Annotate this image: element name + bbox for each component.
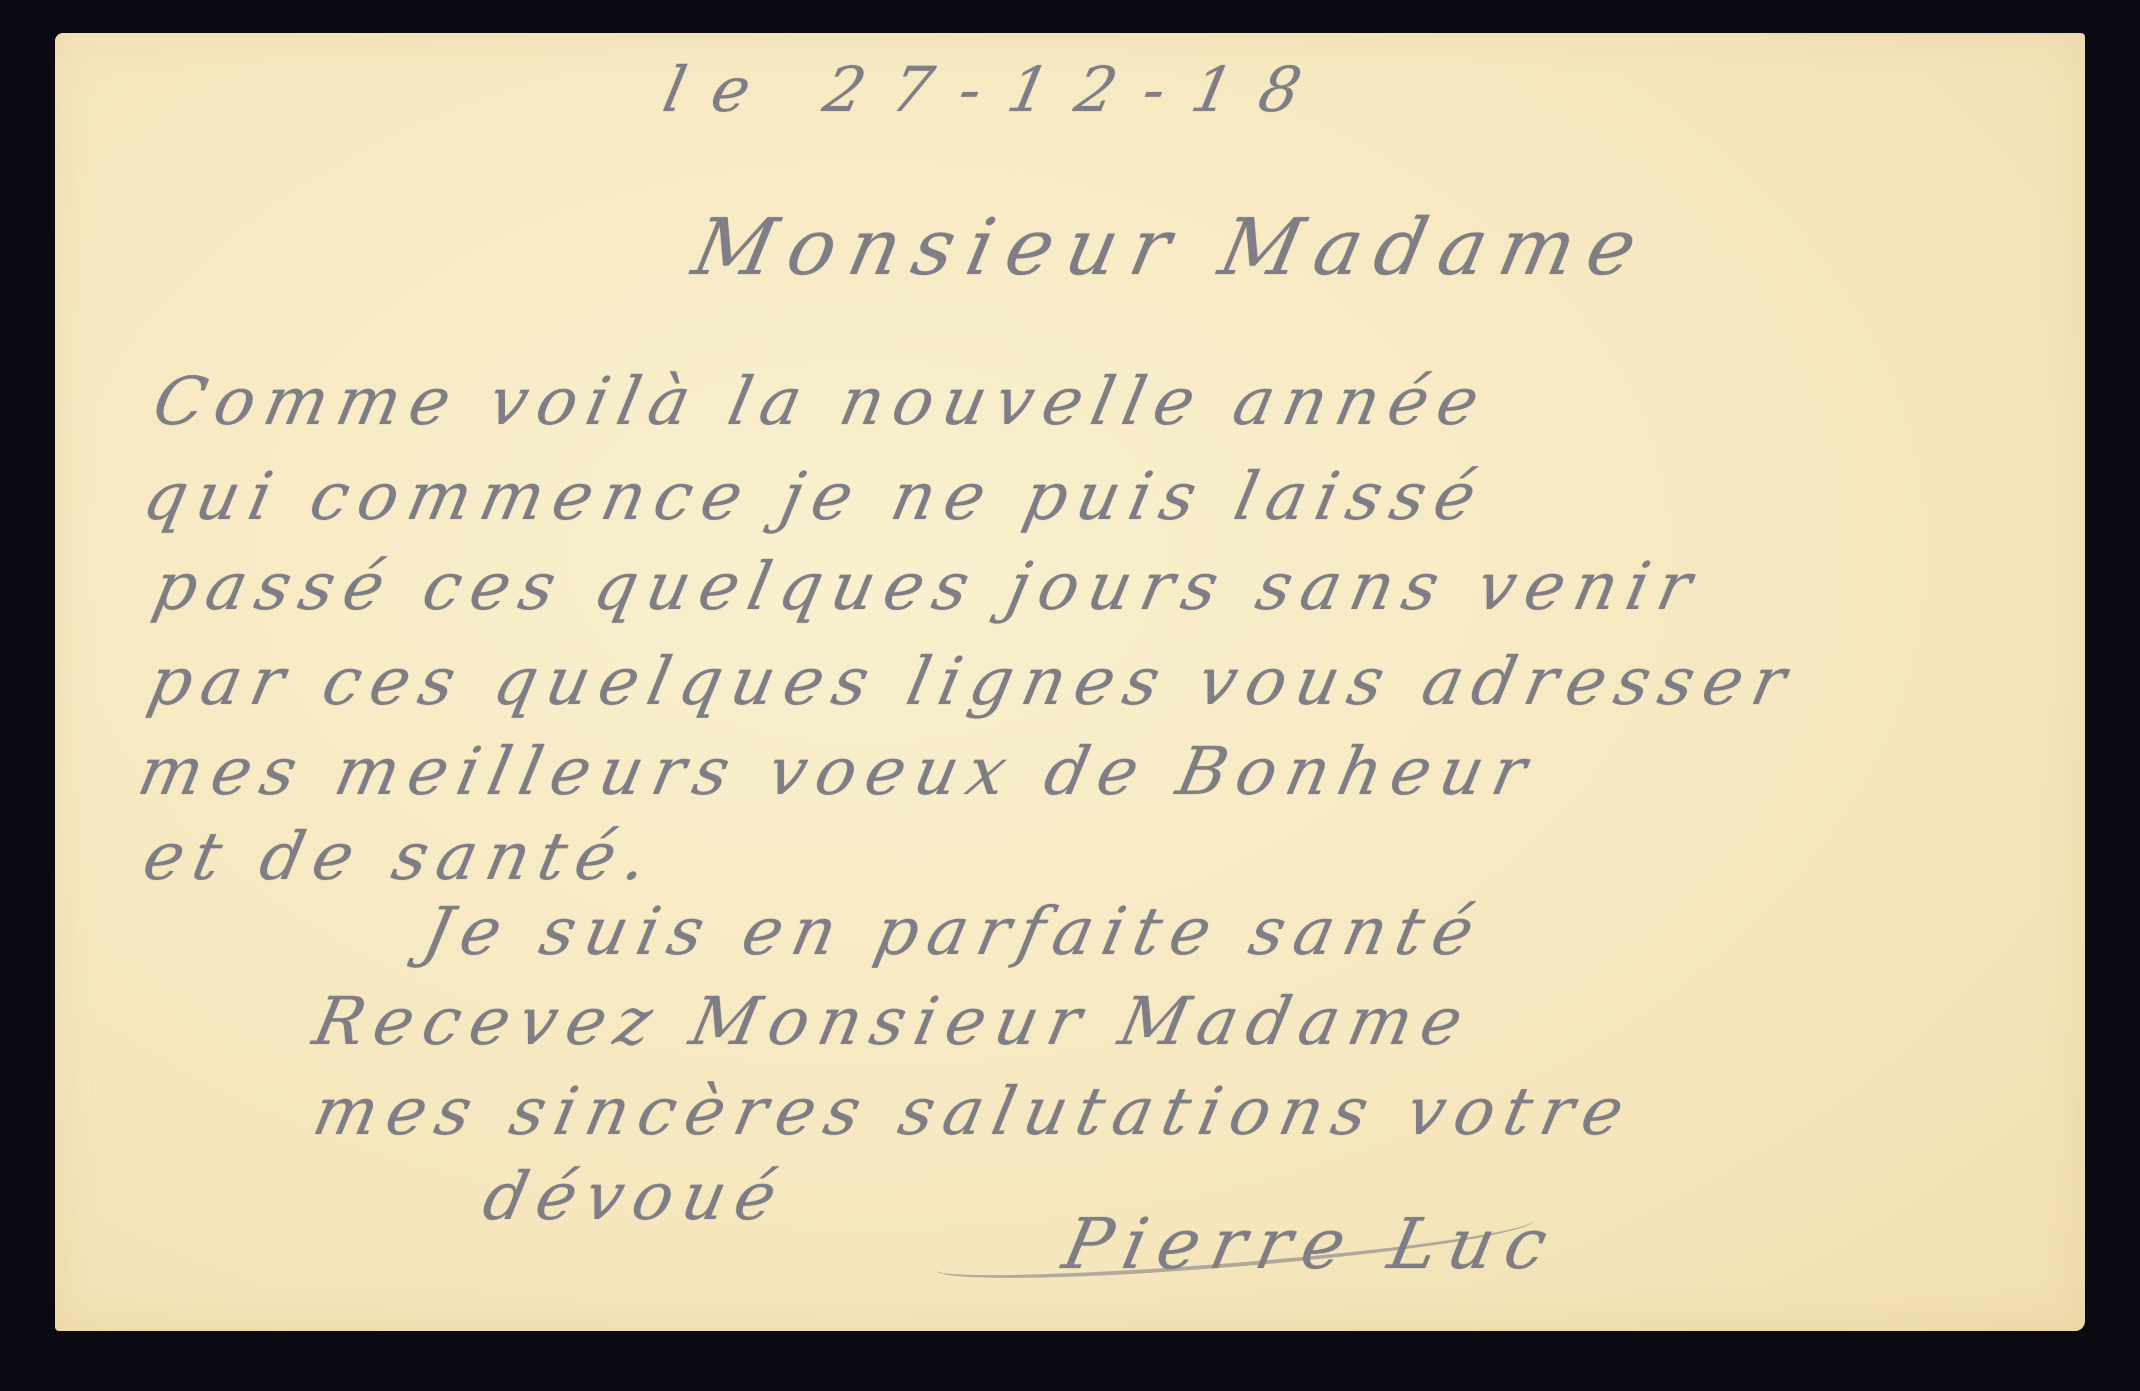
letter-line: Recevez Monsieur Madame xyxy=(307,983,1479,1060)
letter-line: Je suis en parfaite santé xyxy=(417,893,1491,970)
letter-line: mes sincères salutations votre xyxy=(307,1073,1640,1150)
letter-line: dévoué xyxy=(477,1158,793,1235)
letter-line: mes meilleurs voeux de Bonheur xyxy=(132,733,1543,810)
signature: Pierre Luc xyxy=(1056,1203,1566,1285)
letter-line: passé ces quelques jours sans venir xyxy=(147,548,1708,625)
postcard: le 27-12-18 Monsieur Madame Comme voilà … xyxy=(55,33,2085,1331)
date-line: le 27-12-18 xyxy=(657,53,1335,126)
letter-line: et de santé. xyxy=(137,818,665,895)
letter-line: qui commence je ne puis laissé xyxy=(137,458,1493,535)
letter-line: par ces quelques lignes vous adresser xyxy=(142,643,1803,720)
salutation: Monsieur Madame xyxy=(685,203,1658,293)
letter-line: Comme voilà la nouvelle année xyxy=(147,363,1496,440)
